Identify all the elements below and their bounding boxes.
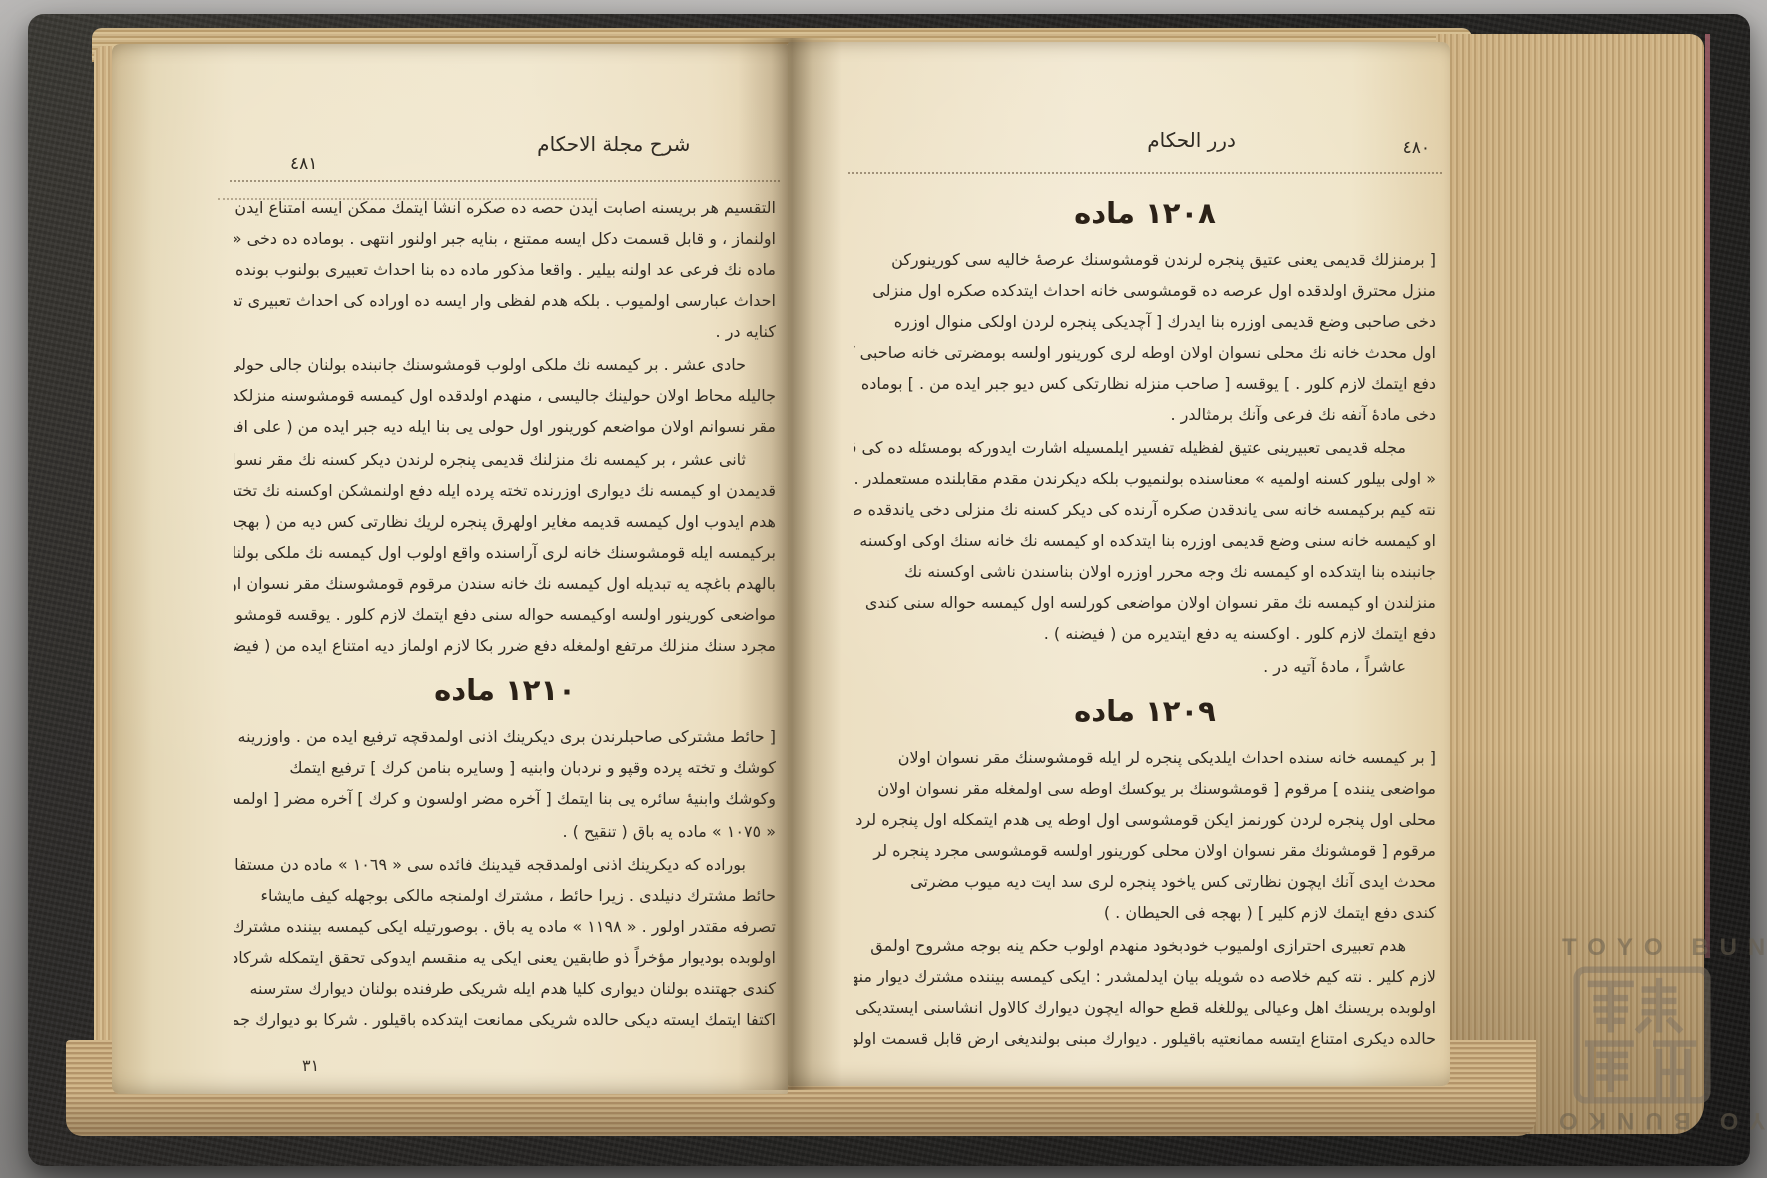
text-line: كنايه در . — [234, 316, 776, 347]
text-line: لازم كلير . نته كيم خلاصه ده شويله بيان … — [854, 961, 1436, 992]
text-line: اولوبده بوديوار مؤخراً ذو طابقين يعنى اي… — [234, 942, 776, 973]
paragraph: مجله قديمى تعبيرينى عتيق لفظيله تفسير اي… — [854, 432, 1436, 649]
text-line: هدم تعبيرى احترازى اولميوب خودبخود منهدم… — [854, 930, 1436, 961]
text-line: حالده ديكرى امتناع ايتسه ممانعتيه باقيلو… — [854, 1023, 1436, 1054]
signature-mark: ٣١ — [302, 1056, 319, 1075]
page-edges-right — [1436, 34, 1704, 1134]
text-line: كندى جهتنده بولنان ديوارى كليا هدم ايله … — [234, 973, 776, 1004]
text-line: بالهدم باغچه يه تبديله اول كيمسه نك خانه… — [234, 568, 776, 599]
text-line: [ بر كيمسه خانه سنده احداث ايلديكى پنجره… — [854, 742, 1436, 773]
text-line: [ برمنزلك قديمى يعنى عتيق پنجره لرندن قو… — [854, 244, 1436, 275]
text-line: قديمدن او كيمسه نك ديوارى اوزرنده تخته پ… — [234, 475, 776, 506]
right-running-title: درر الحكام — [1147, 128, 1236, 152]
text-line: نته كيم بركيمسه خانه سى ياندقدن صكره آرن… — [854, 494, 1436, 525]
paragraph: بوراده كه ديكرينك اذنى اولمدقجه قيدينك ف… — [234, 849, 776, 1035]
text-line: محدث ايدى آنك ايچون نظارتى كس ياخود پنجر… — [854, 866, 1436, 897]
article-heading: ١٢٠٩ ماده — [854, 690, 1436, 732]
text-line: احداث عبارسى اولميوب . بلكه هدم لفظى وار… — [234, 285, 776, 316]
right-page-text: ١٢٠٨ ماده[ برمنزلك قديمى يعنى عتيق پنجره… — [854, 184, 1436, 1056]
text-line: منزلندن او كيمسه نك مقر نسوان اولان مواض… — [854, 587, 1436, 618]
text-line: جاليله محاط اولان حولينك جاليسى ، منهدم … — [234, 380, 776, 411]
text-line: حائط مشترك دنيلدى . زيرا حائط ، مشترك او… — [234, 880, 776, 911]
text-line: هدم ايدوب اول كيمسه قديمه مغاير اولهرق پ… — [234, 506, 776, 537]
text-line: دخى صاحبى وضع قديمى اوزره بنا ايدرك [ آچ… — [854, 306, 1436, 337]
text-line: حادى عشر . بر كيمسه نك ملكى اولوب قومشوس… — [234, 349, 776, 380]
text-line: [ حائط مشتركى صاحبلرندن برى ديكرينك اذنى… — [234, 721, 776, 752]
text-line: وكوشك وابنيهٔ سائره يى بنا ايتمك [ آخره … — [234, 783, 776, 814]
text-line: مجله قديمى تعبيرينى عتيق لفظيله تفسير اي… — [854, 432, 1436, 463]
text-line: كوشك و تخته پرده وقپو و نردبان وابنيه [ … — [234, 752, 776, 783]
text-line: بركيمسه ايله قومشوسنك خانه لرى آراسنده و… — [234, 537, 776, 568]
text-line: مقر نسوانم اولان مواضعم كورينور اول حولى… — [234, 411, 776, 442]
right-page-header: ٤٨٠ درر الحكام — [854, 128, 1436, 174]
paragraph: [ حائط مشتركى صاحبلرندن برى ديكرينك اذنى… — [234, 721, 776, 814]
text-line: اول محدث خانه نك محلى نسوان اولان اوطه ل… — [854, 337, 1436, 368]
text-line: كندى دفع ايتمك لازم كلير ] ( بهجه فى الح… — [854, 897, 1436, 928]
paragraph: [ برمنزلك قديمى يعنى عتيق پنجره لرندن قو… — [854, 244, 1436, 430]
paragraph: [ بر كيمسه خانه سنده احداث ايلديكى پنجره… — [854, 742, 1436, 928]
text-line: مواضعى يننده ] مرقوم [ قومشوسنك بر يوكسك… — [854, 773, 1436, 804]
text-line: بوراده كه ديكرينك اذنى اولمدقجه قيدينك ف… — [234, 849, 776, 880]
right-page: ٤٨٠ درر الحكام ١٢٠٨ ماده[ برمنزلك قديمى … — [788, 42, 1450, 1086]
article-heading: ١٢٠٨ ماده — [854, 192, 1436, 234]
header-rule — [848, 172, 1442, 174]
text-line: التقسيم هر بريسنه اصابت ايدن حصه ده صكره… — [234, 192, 776, 223]
paragraph: التقسيم هر بريسنه اصابت ايدن حصه ده صكره… — [234, 192, 776, 347]
text-line: مرقوم [ قومشونك مقر نسوان اولان محلى كور… — [854, 835, 1436, 866]
header-rule — [230, 180, 780, 182]
text-line: مواضعى كورينور اولسه اوكيمسه حواله سنى د… — [234, 599, 776, 630]
left-page-header: ٤٨١ شرح مجلة الاحكام — [240, 132, 774, 178]
left-page-number: ٤٨١ — [290, 154, 317, 174]
text-line: او كيمسه خانه سنى وضع قديمى اوزره بنا اي… — [854, 525, 1436, 556]
paragraph: ثانى عشر ، بر كيمسه نك منزلنك قديمى پنجر… — [234, 444, 776, 661]
text-line: اكتفا ايتمك ايسته ديكى حالده شريكى ممانع… — [234, 1004, 776, 1035]
text-line: عاشراً ، مادهٔ آتيه در . — [854, 651, 1436, 682]
text-line: اولنماز ، و قابل قسمت دكل ايسه ممتنع ، ب… — [234, 223, 776, 254]
left-page-text: التقسيم هر بريسنه اصابت ايدن حصه ده صكره… — [234, 192, 776, 1037]
paragraph: « ١٠٧٥ » ماده يه باق ( تنقيح ) . — [234, 816, 776, 847]
text-line: اولوبده بريسنك اهل وعيالى يوللغله قطع حو… — [854, 992, 1436, 1023]
text-line: محلى اول پنجره لردن كورنمز ايكن قومشوسى … — [854, 804, 1436, 835]
paragraph: حادى عشر . بر كيمسه نك ملكى اولوب قومشوس… — [234, 349, 776, 442]
paragraph: هدم تعبيرى احترازى اولميوب خودبخود منهدم… — [854, 930, 1436, 1054]
text-line: جانبنده بنا ايتدكده او كيمسه نك وجه محرر… — [854, 556, 1436, 587]
text-line: تصرفه مقتدر اولور . « ١١٩٨ » ماده يه باق… — [234, 911, 776, 942]
text-line: دفع ايتمك لازم كلور . اوكسنه يه دفع ايتد… — [854, 618, 1436, 649]
paragraph: عاشراً ، مادهٔ آتيه در . — [854, 651, 1436, 682]
text-line: « اولى بيلور كسنه اولميه » معناسنده بولن… — [854, 463, 1436, 494]
text-line: مجرد سنك منزلك مرتفع اولمغله دفع ضرر بكا… — [234, 630, 776, 661]
article-heading: ١٢١٠ ماده — [234, 669, 776, 711]
left-page: ٤٨١ شرح مجلة الاحكام التقسيم هر بريسنه ا… — [112, 44, 788, 1094]
text-line: دفع ايتمك لازم كلور . ] يوقسه [ صاحب منز… — [854, 368, 1436, 399]
text-line: منزل محترق اولدقده اول عرصه ده قومشوسى خ… — [854, 275, 1436, 306]
text-line: دخى مادهٔ آنفه نك فرعى وآنك برمثالدر . — [854, 399, 1436, 430]
photo-of-open-book: { "photo": { "backdrop_color": "#bcbab8"… — [0, 0, 1767, 1178]
text-line: ثانى عشر ، بر كيمسه نك منزلنك قديمى پنجر… — [234, 444, 776, 475]
left-running-title: شرح مجلة الاحكام — [537, 132, 690, 156]
text-line: ماده نك فرعى عد اولنه بيلير . واقعا مذكو… — [234, 254, 776, 285]
right-page-number: ٤٨٠ — [1403, 138, 1430, 158]
text-line: « ١٠٧٥ » ماده يه باق ( تنقيح ) . — [234, 816, 776, 847]
